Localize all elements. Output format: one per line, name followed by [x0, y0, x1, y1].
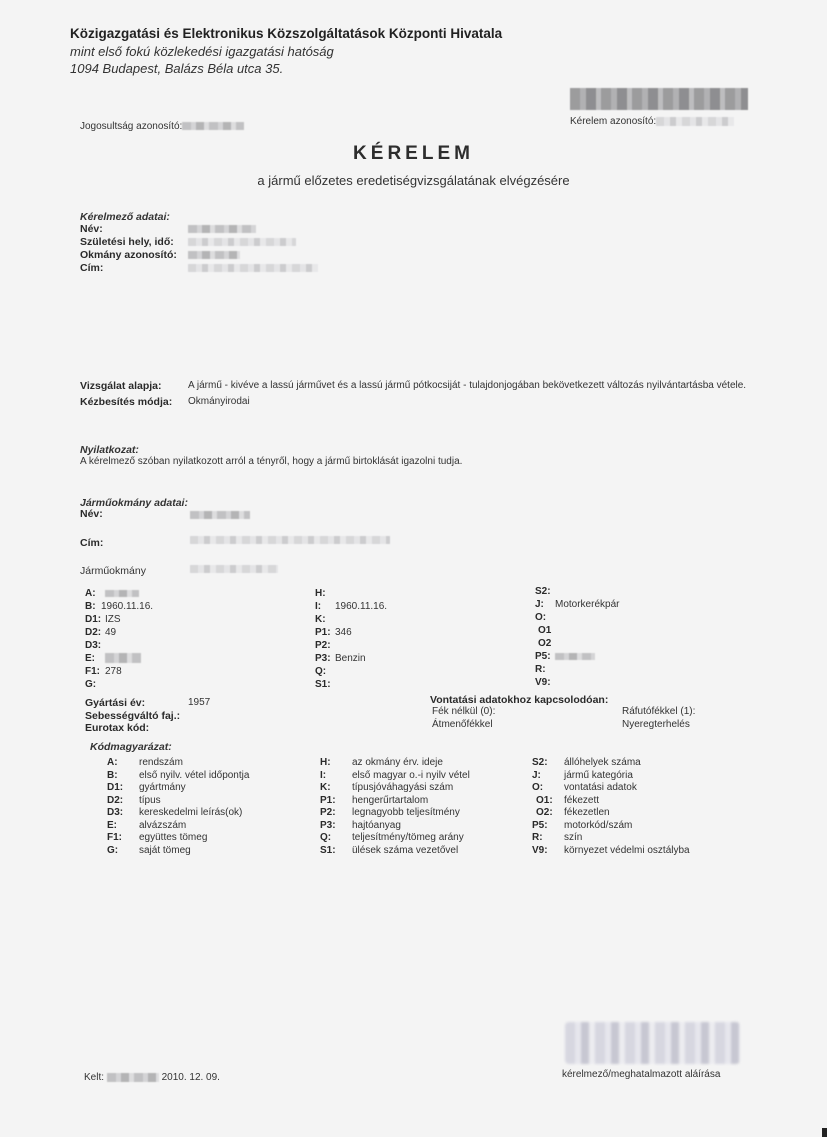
towing-heading: Vontatási adatokhoz kapcsolodóan: [430, 694, 695, 706]
code-row-v9: V9: [535, 676, 619, 689]
codes-column-3: S2: J:Motorkerékpár O: O1 O2 P5: R: V9: [535, 585, 619, 689]
code-row-g: G: [85, 678, 153, 691]
gearbox-label: Sebességváltó faj.: [85, 710, 180, 722]
legend-row: P3:hajtóanyag [320, 820, 470, 833]
codes-column-2: H: I:1960.11.16. K: P1:346 P2: P3:Benzin… [315, 587, 387, 691]
code-row-q: Q: [315, 665, 387, 678]
towing-overrun-brake: Ráfutófékkel (1): [622, 706, 695, 719]
code-row-d1: D1:IZS [85, 613, 153, 626]
code-row-s2: S2: [535, 585, 619, 598]
redacted-barcode [570, 88, 748, 110]
legend-row: O2:fékezetlen [532, 807, 690, 820]
towing-section: Vontatási adatokhoz kapcsolodóan: Fék né… [430, 694, 695, 731]
applicant-address-label: Cím: [80, 262, 188, 274]
jogosultsag-label: Jogosultság azonosító: [80, 121, 182, 132]
redacted-value [188, 264, 318, 272]
legend-row: P2:legnagyobb teljesítmény [320, 807, 470, 820]
code-row-d2: D2:49 [85, 626, 153, 639]
legend-row: I:első magyar o.-i nyilv vétel [320, 770, 470, 783]
code-row-o: O: [535, 611, 619, 624]
legend-row: H:az okmány érv. ideje [320, 757, 470, 770]
code-row-h: H: [315, 587, 387, 600]
legend-row: R:szín [532, 832, 690, 845]
declaration-heading: Nyilatkozat: [80, 444, 462, 456]
redacted-value [188, 238, 296, 246]
inspection-basis-value: A jármű - kivéve a lassú járművet és a l… [188, 380, 746, 392]
towing-saddle-load: Nyeregterhelés [622, 719, 695, 732]
redacted-place [107, 1073, 159, 1082]
kerelem-identifier: Kérelem azonosító: [570, 116, 734, 127]
kelt-label: Kelt: [84, 1072, 104, 1083]
code-row-d3: D3: [85, 639, 153, 652]
legend-row: B:első nyilv. vétel időpontja [107, 770, 249, 783]
redacted-value [190, 536, 390, 544]
date-line: Kelt: 2010. 12. 09. [84, 1072, 220, 1083]
delivery-label: Kézbesítés módja: [80, 396, 188, 408]
legend-row: S2:állóhelyek száma [532, 757, 690, 770]
legend-row: D3:kereskedelmi leírás(ok) [107, 807, 249, 820]
code-row-r: R: [535, 663, 619, 676]
legend-row: O:vontatási adatok [532, 782, 690, 795]
vehicle-doc-address-label: Cím: [80, 537, 103, 549]
legend-row: Q:teljesítmény/tömeg arány [320, 832, 470, 845]
organization-role: mint első fokú közlekedési igazgatási ha… [70, 44, 334, 59]
applicant-heading: Kérelmező adatai: [80, 211, 318, 223]
page-title: KÉRELEM [0, 143, 827, 165]
legend-row: O1:fékezett [532, 795, 690, 808]
code-row-o2: O2 [535, 637, 619, 650]
applicant-doc-id-label: Okmány azonosító: [80, 249, 188, 261]
legend-row: P1:hengerűrtartalom [320, 795, 470, 808]
date-value: 2010. 12. 09. [162, 1072, 220, 1083]
code-row-p5: P5: [535, 650, 619, 663]
legend-row: K:típusjóváhagyási szám [320, 782, 470, 795]
vehicle-doc-name-label: Név: [80, 508, 103, 520]
legend-column-3: S2:állóhelyek száma J:jármű kategória O:… [532, 757, 690, 857]
code-row-s1: S1: [315, 678, 387, 691]
eurotax-label: Eurotax kód: [85, 722, 149, 734]
redacted-value [190, 565, 278, 573]
year-label: Gyártási év: [85, 697, 188, 710]
code-row-f1: F1:278 [85, 665, 153, 678]
legend-row: P5:motorkód/szám [532, 820, 690, 833]
redacted-value [188, 251, 240, 259]
code-row-j: J:Motorkerékpár [535, 598, 619, 611]
jogosultsag-identifier: Jogosultság azonosító: [80, 121, 244, 132]
kerelem-label: Kérelem azonosító: [570, 116, 656, 127]
signature-caption: kérelmező/meghatalmazott aláírása [562, 1069, 720, 1080]
applicant-name-label: Név: [80, 223, 188, 235]
code-row-p3: P3:Benzin [315, 652, 387, 665]
legend-column-2: H:az okmány érv. ideje I:első magyar o.-… [320, 757, 470, 857]
declaration-text: A kérelmező szóban nyilatkozott arról a … [80, 456, 462, 467]
legend-heading: Kódmagyarázat: [90, 741, 172, 753]
legend-row: A:rendszám [107, 757, 249, 770]
redacted-value [190, 511, 250, 519]
organization-name: Közigazgatási és Elektronikus Közszolgál… [70, 26, 502, 41]
legend-row: S1:ülések száma vezetővel [320, 845, 470, 858]
redacted-value [105, 590, 139, 597]
code-row-a: A: [85, 587, 153, 600]
signature-redacted [565, 1022, 740, 1064]
inspection-basis-label: Vizsgálat alapja: [80, 380, 188, 392]
legend-row: V9:környezet védelmi osztályba [532, 845, 690, 858]
code-row-p2: P2: [315, 639, 387, 652]
legend-row: F1:együttes tömeg [107, 832, 249, 845]
extra-fields: Gyártási év:1957 Sebességváltó faj.: Eur… [85, 697, 210, 735]
redacted-value [182, 122, 244, 130]
inspection-section: Vizsgálat alapja: A jármű - kivéve a las… [80, 380, 770, 408]
code-row-o1: O1 [535, 624, 619, 637]
code-row-p1: P1:346 [315, 626, 387, 639]
year-value: 1957 [188, 697, 210, 710]
scan-edge-mark [822, 1128, 827, 1137]
declaration-section: Nyilatkozat: A kérelmező szóban nyilatko… [80, 444, 462, 467]
code-row-i: I:1960.11.16. [315, 600, 387, 613]
delivery-value: Okmányirodai [188, 396, 250, 408]
applicant-section: Kérelmező adatai: Név: Születési hely, i… [80, 211, 318, 274]
code-row-b: B:1960.11.16. [85, 600, 153, 613]
legend-column-1: A:rendszám B:első nyilv. vétel időpontja… [107, 757, 249, 857]
towing-no-brake: Fék nélkül (0): [432, 706, 622, 719]
organization-address: 1094 Budapest, Balázs Béla utca 35. [70, 61, 283, 76]
codes-column-1: A: B:1960.11.16. D1:IZS D2:49 D3: E: F1:… [85, 587, 153, 691]
towing-through-brake: Átmenőfékkel [432, 719, 622, 732]
code-row-k: K: [315, 613, 387, 626]
redacted-value [188, 225, 256, 233]
redacted-value [555, 653, 595, 660]
code-row-e: E: [85, 652, 153, 665]
redacted-value [105, 653, 141, 663]
legend-row: J:jármű kategória [532, 770, 690, 783]
legend-row: G:saját tömeg [107, 845, 249, 858]
redacted-value [656, 117, 734, 126]
page-subtitle: a jármű előzetes eredetiségvizsgálatának… [0, 173, 827, 188]
applicant-birth-label: Születési hely, idő: [80, 236, 188, 248]
legend-row: D1:gyártmány [107, 782, 249, 795]
legend-row: D2:típus [107, 795, 249, 808]
legend-row: E:alvázszám [107, 820, 249, 833]
vehicle-doc-label: Járműokmány [80, 565, 146, 577]
